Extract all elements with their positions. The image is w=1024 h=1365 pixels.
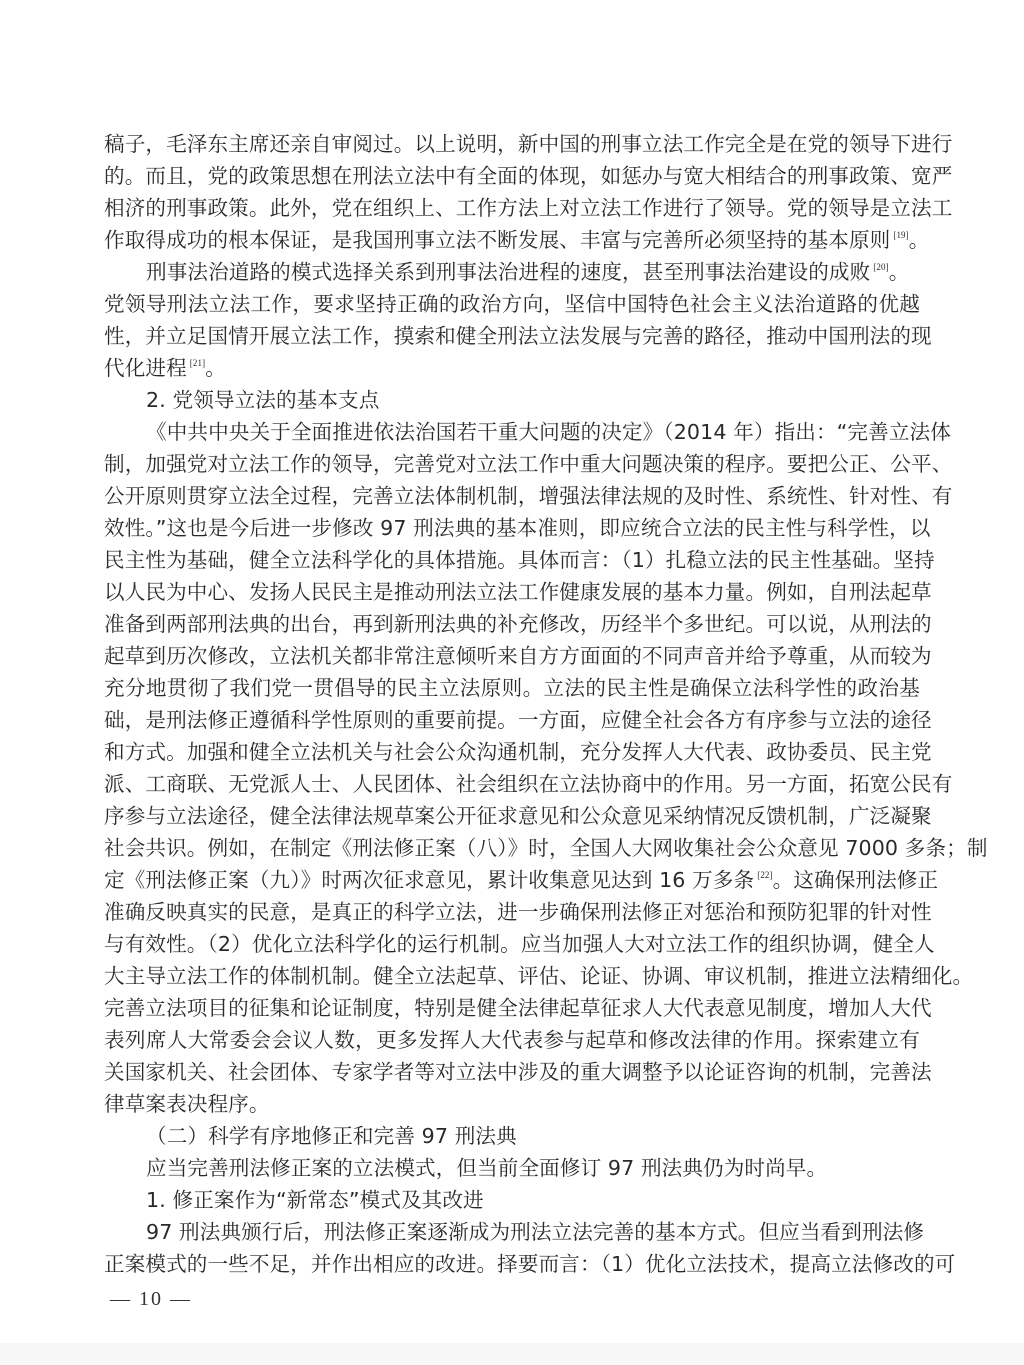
line-text: 律草案表决程序。 bbox=[104, 1092, 270, 1116]
line-text: 充分地贯彻了我们党一贯倡导的民主立法原则。立法的民主性是确保立法科学性的政治基 bbox=[104, 676, 920, 700]
text-line: 序参与立法途径，健全法律法规草案公开征求意见和公众意见采纳情况反馈机制，广泛凝聚 bbox=[104, 800, 920, 832]
text-line: 准确反映真实的民意，是真正的科学立法，进一步确保刑法修正对惩治和预防犯罪的针对性 bbox=[104, 896, 920, 928]
text-line: 起草到历次修改，立法机关都非常注意倾听来自方方面面的不同声音并给予尊重，从而较为 bbox=[104, 640, 920, 672]
line-text: 准确反映真实的民意，是真正的科学立法，进一步确保刑法修正对惩治和预防犯罪的针对性 bbox=[104, 900, 932, 924]
text-line: 党领导刑法立法工作，要求坚持正确的政治方向，坚信中国特色社会主义法治道路的优越 bbox=[104, 288, 920, 320]
line-text: 97 刑法典颁行后，刑法修正案逐渐成为刑法立法完善的基本方式。但应当看到刑法修 bbox=[146, 1220, 924, 1244]
line-text: 起草到历次修改，立法机关都非常注意倾听来自方方面面的不同声音并给予尊重，从而较为 bbox=[104, 644, 932, 668]
citation-marker: [21] bbox=[190, 358, 205, 368]
line-text: 民主性为基础，健全立法科学化的具体措施。具体而言：（1）扎稳立法的民主性基础。坚… bbox=[104, 548, 935, 572]
citation-marker: [20] bbox=[873, 262, 888, 272]
citation-marker: [22] bbox=[757, 870, 772, 880]
line-text: 大主导立法工作的体制机制。健全立法起草、评估、论证、协调、审议机制，推进立法精细… bbox=[104, 964, 973, 988]
text-line: 派、工商联、无党派人士、人民团体、社会组织在立法协商中的作用。另一方面，拓宽公民… bbox=[104, 768, 920, 800]
line-tail: 。 bbox=[909, 228, 930, 252]
line-tail: 。 bbox=[205, 356, 226, 380]
line-text: 表列席人大常委会会议人数，更多发挥人大代表参与起草和修改法律的作用。探索建立有 bbox=[104, 1028, 920, 1052]
text-line: 民主性为基础，健全立法科学化的具体措施。具体而言：（1）扎稳立法的民主性基础。坚… bbox=[104, 544, 920, 576]
text-line: 和方式。加强和健全立法机关与社会公众沟通机制，充分发挥人大代表、政协委员、民主党 bbox=[104, 736, 920, 768]
line-text: 刑事法治道路的模式选择关系到刑事法治进程的速度，甚至刑事法治建设的成败 bbox=[146, 260, 870, 284]
text-line: 代化进程[21]。 bbox=[104, 352, 920, 384]
line-text: 效性。”这也是今后进一步修改 97 刑法典的基本准则，即应统合立法的民主性与科学… bbox=[104, 516, 931, 540]
text-line: 制，加强党对立法工作的领导，完善党对立法工作中重大问题决策的程序。要把公正、公平… bbox=[104, 448, 920, 480]
text-line: 关国家机关、社会团体、专家学者等对立法中涉及的重大调整予以论证咨询的机制，完善法 bbox=[104, 1056, 920, 1088]
text-line: 2. 党领导立法的基本支点 bbox=[104, 384, 920, 416]
citation-marker: [19] bbox=[893, 230, 908, 240]
text-line: 大主导立法工作的体制机制。健全立法起草、评估、论证、协调、审议机制，推进立法精细… bbox=[104, 960, 920, 992]
text-line: 以人民为中心、发扬人民民主是推动刑法立法工作健康发展的基本力量。例如，自刑法起草 bbox=[104, 576, 920, 608]
text-line: 作取得成功的根本保证，是我国刑事立法不断发展、丰富与完善所必须坚持的基本原则[1… bbox=[104, 224, 920, 256]
line-text: 关国家机关、社会团体、专家学者等对立法中涉及的重大调整予以论证咨询的机制，完善法 bbox=[104, 1060, 932, 1084]
line-text: 与有效性。（2）优化立法科学化的运行机制。应当加强人大对立法工作的组织协调，健全… bbox=[104, 932, 935, 956]
line-text: 的。而且，党的政策思想在刑法立法中有全面的体现，如惩办与宽大相结合的刑事政策、宽… bbox=[104, 164, 952, 188]
line-tail: 。这确保刑法修正 bbox=[773, 868, 939, 892]
line-text: 1. 修正案作为“新常态”模式及其改进 bbox=[146, 1188, 484, 1212]
line-text: 派、工商联、无党派人士、人民团体、社会组织在立法协商中的作用。另一方面，拓宽公民… bbox=[104, 772, 952, 796]
text-line: 表列席人大常委会会议人数，更多发挥人大代表参与起草和修改法律的作用。探索建立有 bbox=[104, 1024, 920, 1056]
text-line: 定《刑法修正案（九）》时两次征求意见，累计收集意见达到 16 万多条[22]。这… bbox=[104, 864, 920, 896]
text-line: 效性。”这也是今后进一步修改 97 刑法典的基本准则，即应统合立法的民主性与科学… bbox=[104, 512, 920, 544]
line-text: 稿子，毛泽东主席还亲自审阅过。以上说明，新中国的刑事立法工作完全是在党的领导下进… bbox=[104, 132, 952, 156]
bottom-edge bbox=[0, 1343, 1024, 1365]
line-text: 社会共识。例如，在制定《刑法修正案（八）》时，全国人大网收集社会公众意见 700… bbox=[104, 836, 988, 860]
line-text: 和方式。加强和健全立法机关与社会公众沟通机制，充分发挥人大代表、政协委员、民主党 bbox=[104, 740, 932, 764]
line-text: 相济的刑事政策。此外，党在组织上、工作方法上对立法工作进行了领导。党的领导是立法… bbox=[104, 196, 952, 220]
text-line: 的。而且，党的政策思想在刑法立法中有全面的体现，如惩办与宽大相结合的刑事政策、宽… bbox=[104, 160, 920, 192]
line-text: 准备到两部刑法典的出台，再到新刑法典的补充修改，历经半个多世纪。可以说，从刑法的 bbox=[104, 612, 932, 636]
line-text: 应当完善刑法修正案的立法模式，但当前全面修订 97 刑法典仍为时尚早。 bbox=[146, 1156, 827, 1180]
text-line: 础，是刑法修正遵循科学性原则的重要前提。一方面，应健全社会各方有序参与立法的途径 bbox=[104, 704, 920, 736]
text-line: 与有效性。（2）优化立法科学化的运行机制。应当加强人大对立法工作的组织协调，健全… bbox=[104, 928, 920, 960]
document-page: 稿子，毛泽东主席还亲自审阅过。以上说明，新中国的刑事立法工作完全是在党的领导下进… bbox=[0, 0, 1024, 1365]
line-text: 党领导刑法立法工作，要求坚持正确的政治方向，坚信中国特色社会主义法治道路的优越 bbox=[104, 292, 920, 316]
text-line: 正案模式的一些不足，并作出相应的改进。择要而言：（1）优化立法技术，提高立法修改… bbox=[104, 1248, 920, 1280]
line-text: 代化进程 bbox=[104, 356, 187, 380]
line-text: 作取得成功的根本保证，是我国刑事立法不断发展、丰富与完善所必须坚持的基本原则 bbox=[104, 228, 890, 252]
text-line: 1. 修正案作为“新常态”模式及其改进 bbox=[104, 1184, 920, 1216]
line-text: 正案模式的一些不足，并作出相应的改进。择要而言：（1）优化立法技术，提高立法修改… bbox=[104, 1252, 955, 1276]
text-line: 公开原则贯穿立法全过程，完善立法体制机制，增强法律法规的及时性、系统性、针对性、… bbox=[104, 480, 920, 512]
line-text: 2. 党领导立法的基本支点 bbox=[146, 388, 379, 412]
text-line: 准备到两部刑法典的出台，再到新刑法典的补充修改，历经半个多世纪。可以说，从刑法的 bbox=[104, 608, 920, 640]
line-text: 序参与立法途径，健全法律法规草案公开征求意见和公众意见采纳情况反馈机制，广泛凝聚 bbox=[104, 804, 932, 828]
text-line: 相济的刑事政策。此外，党在组织上、工作方法上对立法工作进行了领导。党的领导是立法… bbox=[104, 192, 920, 224]
page-number: — 10 — bbox=[110, 1288, 192, 1311]
line-tail: 。 bbox=[889, 260, 910, 284]
line-text: （二）科学有序地修正和完善 97 刑法典 bbox=[146, 1124, 517, 1148]
line-text: 制，加强党对立法工作的领导，完善党对立法工作中重大问题决策的程序。要把公正、公平… bbox=[104, 452, 952, 476]
text-line: 刑事法治道路的模式选择关系到刑事法治进程的速度，甚至刑事法治建设的成败[20]。 bbox=[104, 256, 920, 288]
text-line: 性，并立足国情开展立法工作，摸索和健全刑法立法发展与完善的路径，推动中国刑法的现 bbox=[104, 320, 920, 352]
line-text: 公开原则贯穿立法全过程，完善立法体制机制，增强法律法规的及时性、系统性、针对性、… bbox=[104, 484, 952, 508]
text-line: 律草案表决程序。 bbox=[104, 1088, 920, 1120]
line-text: 完善立法项目的征集和论证制度，特别是健全法律起草征求人大代表意见制度，增加人大代 bbox=[104, 996, 932, 1020]
line-text: 础，是刑法修正遵循科学性原则的重要前提。一方面，应健全社会各方有序参与立法的途径 bbox=[104, 708, 932, 732]
text-line: 稿子，毛泽东主席还亲自审阅过。以上说明，新中国的刑事立法工作完全是在党的领导下进… bbox=[104, 128, 920, 160]
text-line: 应当完善刑法修正案的立法模式，但当前全面修订 97 刑法典仍为时尚早。 bbox=[104, 1152, 920, 1184]
line-text: 定《刑法修正案（九）》时两次征求意见，累计收集意见达到 16 万多条 bbox=[104, 868, 754, 892]
text-line: 97 刑法典颁行后，刑法修正案逐渐成为刑法立法完善的基本方式。但应当看到刑法修 bbox=[104, 1216, 920, 1248]
line-text: 《中共中央关于全面推进依法治国若干重大问题的决定》（2014 年）指出：“完善立… bbox=[146, 420, 951, 444]
text-line: 社会共识。例如，在制定《刑法修正案（八）》时，全国人大网收集社会公众意见 700… bbox=[104, 832, 920, 864]
line-text: 性，并立足国情开展立法工作，摸索和健全刑法立法发展与完善的路径，推动中国刑法的现 bbox=[104, 324, 932, 348]
text-line: 《中共中央关于全面推进依法治国若干重大问题的决定》（2014 年）指出：“完善立… bbox=[104, 416, 920, 448]
text-line: 充分地贯彻了我们党一贯倡导的民主立法原则。立法的民主性是确保立法科学性的政治基 bbox=[104, 672, 920, 704]
text-line: 完善立法项目的征集和论证制度，特别是健全法律起草征求人大代表意见制度，增加人大代 bbox=[104, 992, 920, 1024]
body-text: 稿子，毛泽东主席还亲自审阅过。以上说明，新中国的刑事立法工作完全是在党的领导下进… bbox=[104, 128, 920, 1280]
text-line: （二）科学有序地修正和完善 97 刑法典 bbox=[104, 1120, 920, 1152]
line-text: 以人民为中心、发扬人民民主是推动刑法立法工作健康发展的基本力量。例如，自刑法起草 bbox=[104, 580, 932, 604]
